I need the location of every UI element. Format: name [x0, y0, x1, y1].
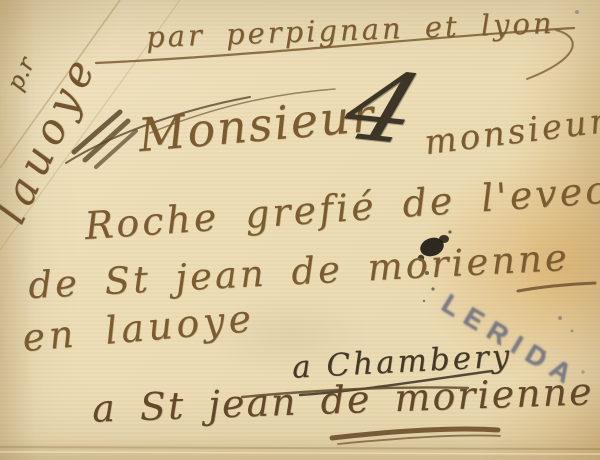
- addressee-line: Roche grefié de l'eveche: [83, 164, 600, 248]
- edge-note-abbrev: p.r: [2, 54, 40, 95]
- salutation-monsieur-right: monsieur: [422, 101, 600, 163]
- destination-underline: [332, 429, 500, 444]
- place-line-dash: [518, 283, 595, 291]
- routing-note: par perpignan et lyon: [146, 6, 556, 54]
- destination-line: a St jean de morienne: [91, 369, 594, 430]
- letter-cover-scan: par perpignan et lyon p.r lauoye Monsieu…: [0, 0, 600, 460]
